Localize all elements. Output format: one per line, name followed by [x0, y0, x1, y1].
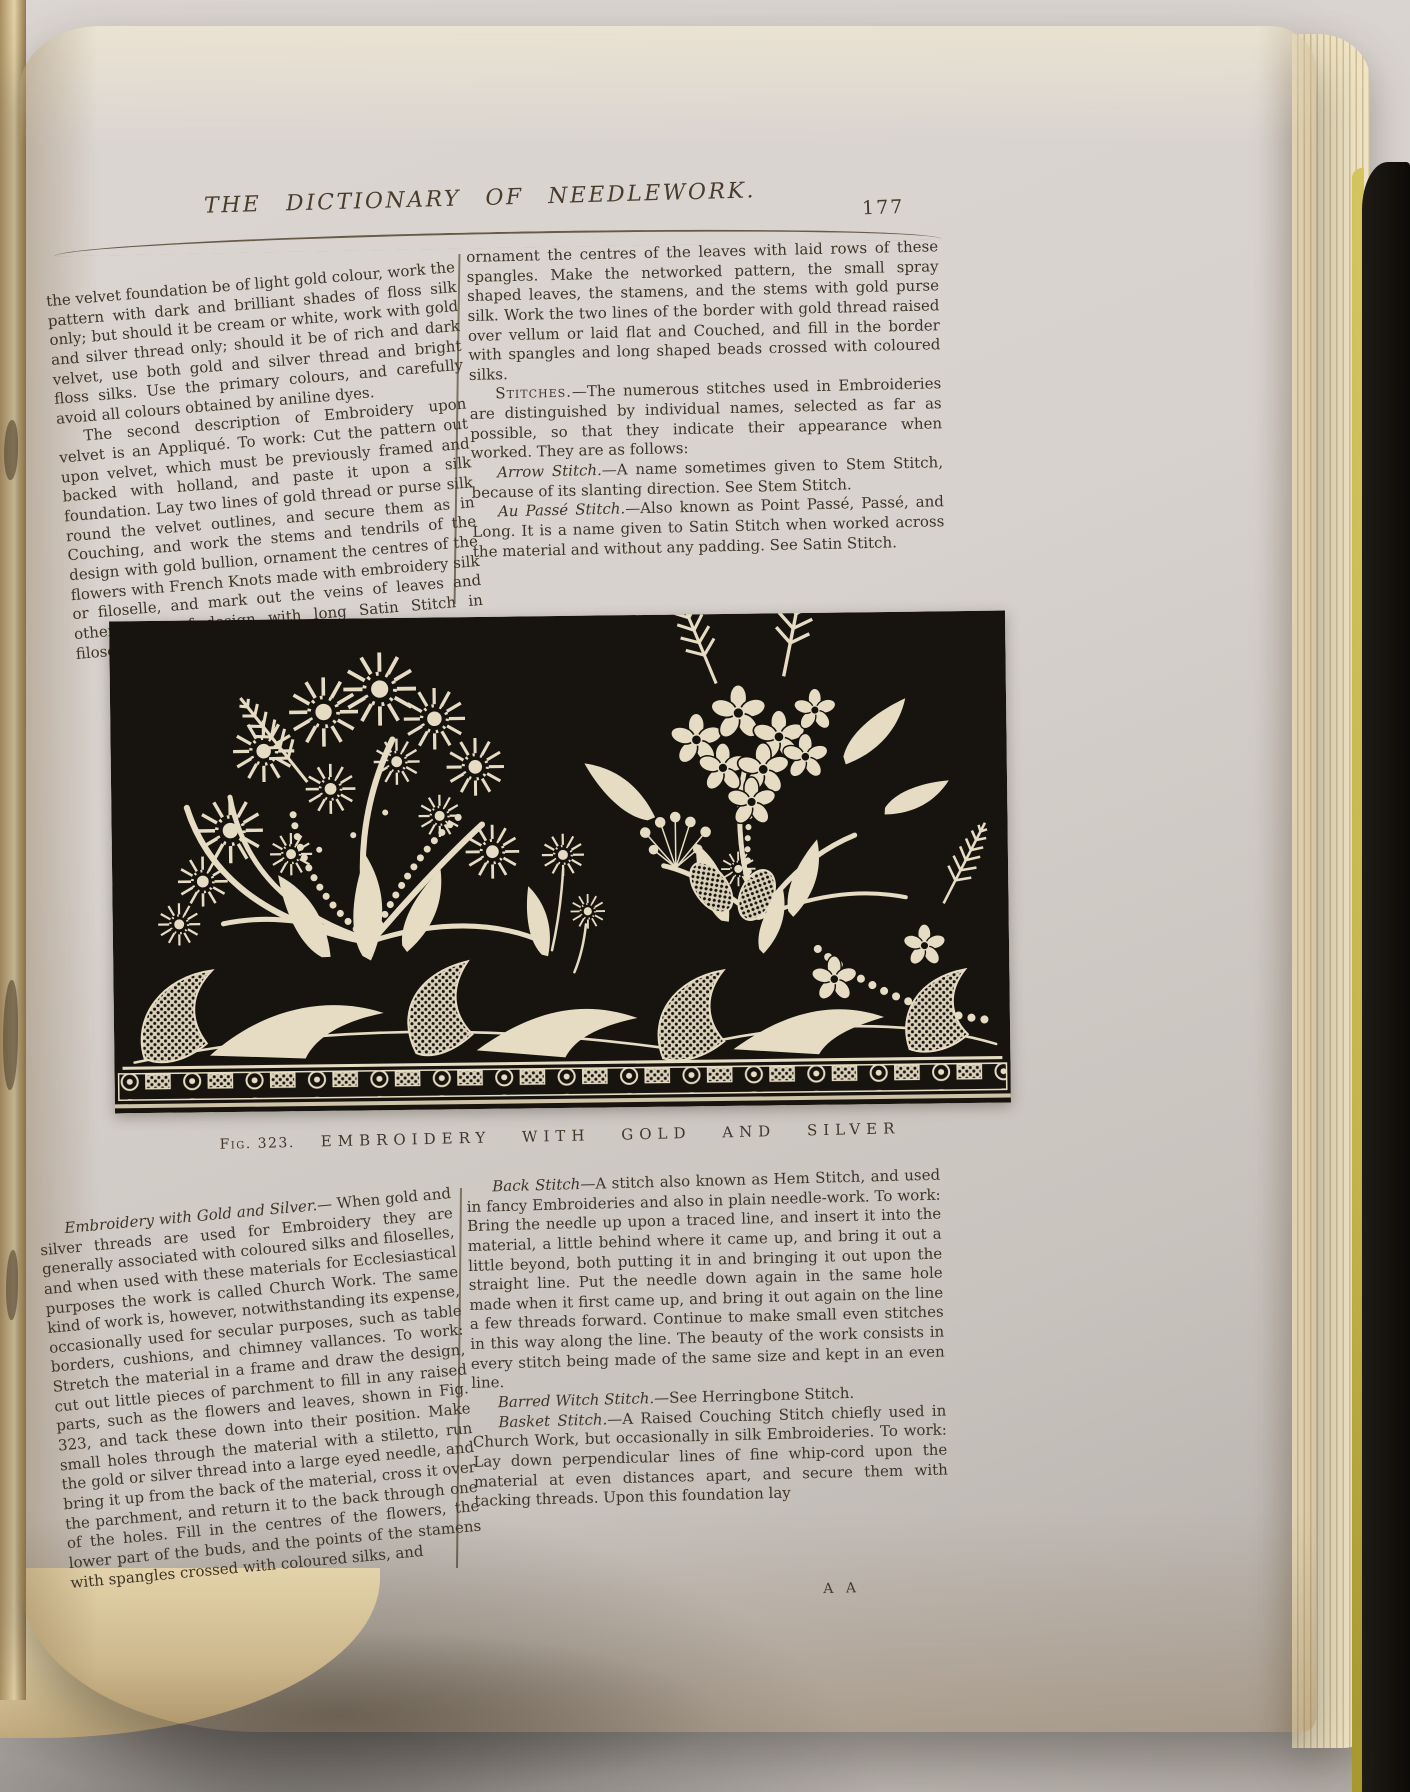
- column-bottom-right: Back Stitch—A stitch also known as Hem S…: [466, 1166, 949, 1512]
- paragraph: Embroidery with Gold and Silver.— When g…: [38, 1184, 484, 1593]
- paragraph: Back Stitch—A stitch also known as Hem S…: [466, 1166, 945, 1394]
- paragraph-text: — When gold and silver threads are used …: [39, 1184, 481, 1592]
- column-top-left: the velvet foundation be of light gold c…: [45, 258, 485, 664]
- figure-label: Fig. 323.: [219, 1135, 295, 1153]
- left-page-engraving-fragment: [3, 980, 18, 1090]
- column-bottom-left: Embroidery with Gold and Silver.— When g…: [38, 1184, 484, 1593]
- column-top-right: ornament the centres of the leaves with …: [466, 237, 945, 562]
- paragraph: Au Passé Stitch.—Also known as Point Pas…: [472, 493, 945, 563]
- entry-lead: Back Stitch: [492, 1175, 581, 1195]
- book-photo: THE DICTIONARY OF NEEDLEWORK. 177 the ve…: [0, 0, 1410, 1792]
- page-number: 177: [862, 195, 943, 220]
- figure-caption: Fig. 323.EMBROIDERY WITH GOLD AND SILVER: [112, 1116, 1008, 1155]
- figure-caption-text: EMBROIDERY WITH GOLD AND SILVER: [321, 1119, 901, 1150]
- entry-lead: Barred Witch Stitch.: [498, 1389, 655, 1411]
- book-cover: [1362, 162, 1410, 1792]
- entry-lead: Stitches.: [495, 383, 572, 403]
- page-header-title: THE DICTIONARY OF NEEDLEWORK.: [50, 174, 910, 223]
- signature-mark: A A: [720, 1580, 860, 1600]
- book-page: THE DICTIONARY OF NEEDLEWORK. 177 the ve…: [20, 26, 1316, 1732]
- figure-323: [109, 611, 1011, 1114]
- paragraph-text: ornament the centres of the leaves with …: [466, 237, 941, 384]
- left-page-engraving-fragment: [6, 1250, 18, 1320]
- paragraph-text: —A stitch also known as Hem Stitch, and …: [467, 1166, 945, 1393]
- figure-illustration: [109, 611, 1011, 1114]
- left-page-engraving-fragment: [4, 420, 18, 480]
- paragraph: ornament the centres of the leaves with …: [466, 237, 941, 385]
- paragraph: Stitches.—The numerous stitches used in …: [469, 375, 943, 464]
- entry-lead: Basket Stitch.: [498, 1410, 607, 1431]
- paragraph: Basket Stitch.—A Raised Couching Stitch …: [472, 1401, 948, 1512]
- entry-lead: Arrow Stitch.: [497, 461, 602, 481]
- entry-lead: Au Passé Stitch.: [498, 500, 626, 521]
